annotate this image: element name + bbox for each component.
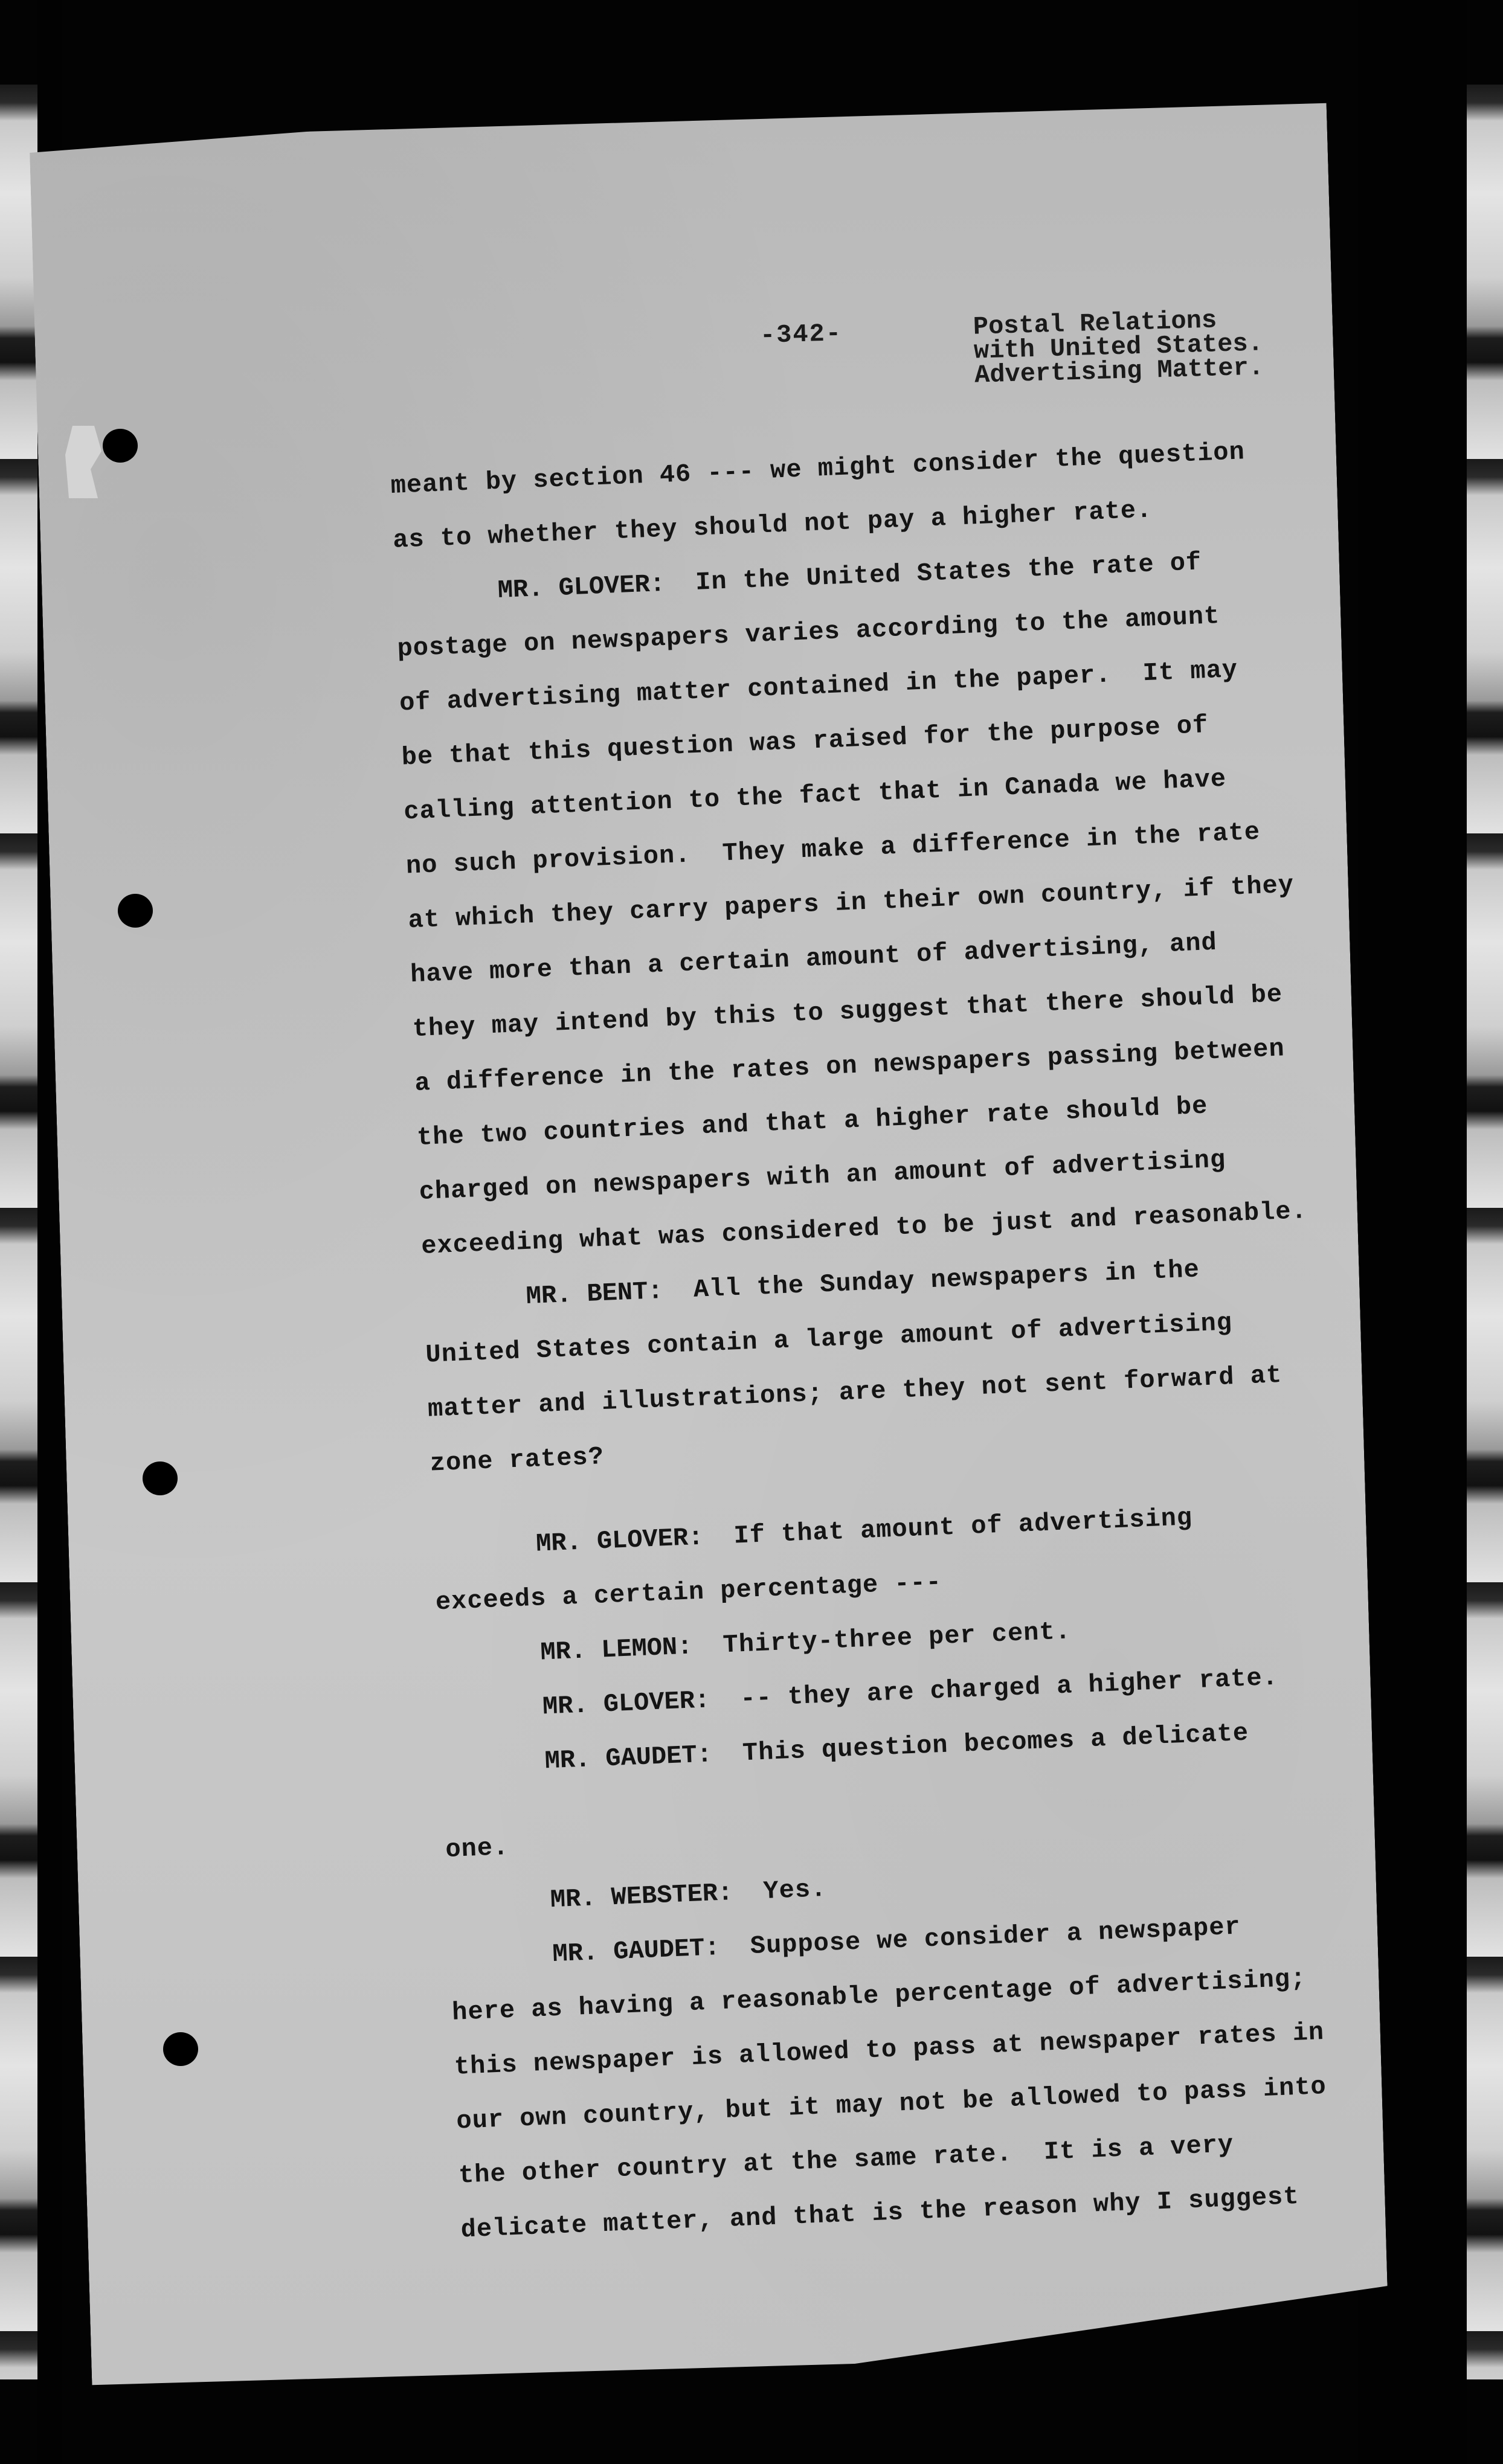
microfilm-frame: -342- Postal Relations with United State… [0, 0, 1503, 2464]
line-text: Suppose we consider a newspaper [750, 1912, 1241, 1961]
punch-hole-2 [118, 894, 153, 928]
speaker-name: MR. WEBSTER: [550, 1877, 764, 1914]
line-text: one. [445, 1833, 510, 1864]
line-text: All the Sunday newspapers in the [693, 1255, 1200, 1304]
punch-hole-4 [163, 2032, 198, 2066]
line-text: This question becomes a delicate [742, 1719, 1249, 1768]
punch-hole-3 [143, 1461, 178, 1495]
speaker-name: MR. GAUDET: [552, 1932, 751, 1969]
line-text: zone rates? [430, 1442, 605, 1478]
header-line-3: Advertising Matter. [974, 355, 1264, 387]
punch-hole-1 [103, 429, 138, 463]
line-text: In the United States the rate of [695, 548, 1202, 597]
line-text: Yes. [763, 1875, 828, 1906]
speaker-name: MR. BENT: [526, 1275, 694, 1311]
speaker-name: MR. GLOVER: [497, 568, 696, 605]
speaker-name: MR. GLOVER: [542, 1684, 741, 1721]
document-subject-header: Postal Relations with United States. Adv… [973, 307, 1264, 387]
line-text: -- they are charged a higher rate. [740, 1663, 1279, 1714]
page-number: -342- [759, 319, 842, 350]
line-text: Thirty-three per cent. [723, 1617, 1072, 1660]
film-strip-right [1467, 85, 1503, 2379]
film-strip-left [0, 85, 37, 2379]
speaker-name: MR. GLOVER: [535, 1522, 734, 1559]
line-text: exceeds a certain percentage --- [435, 1568, 942, 1617]
line-text: If that amount of advertising [733, 1503, 1193, 1550]
transcript-body: meant by section 46 --- we might conside… [390, 421, 1403, 2257]
speaker-name: MR. LEMON: [540, 1631, 724, 1667]
speaker-name: MR. GAUDET: [544, 1739, 743, 1776]
